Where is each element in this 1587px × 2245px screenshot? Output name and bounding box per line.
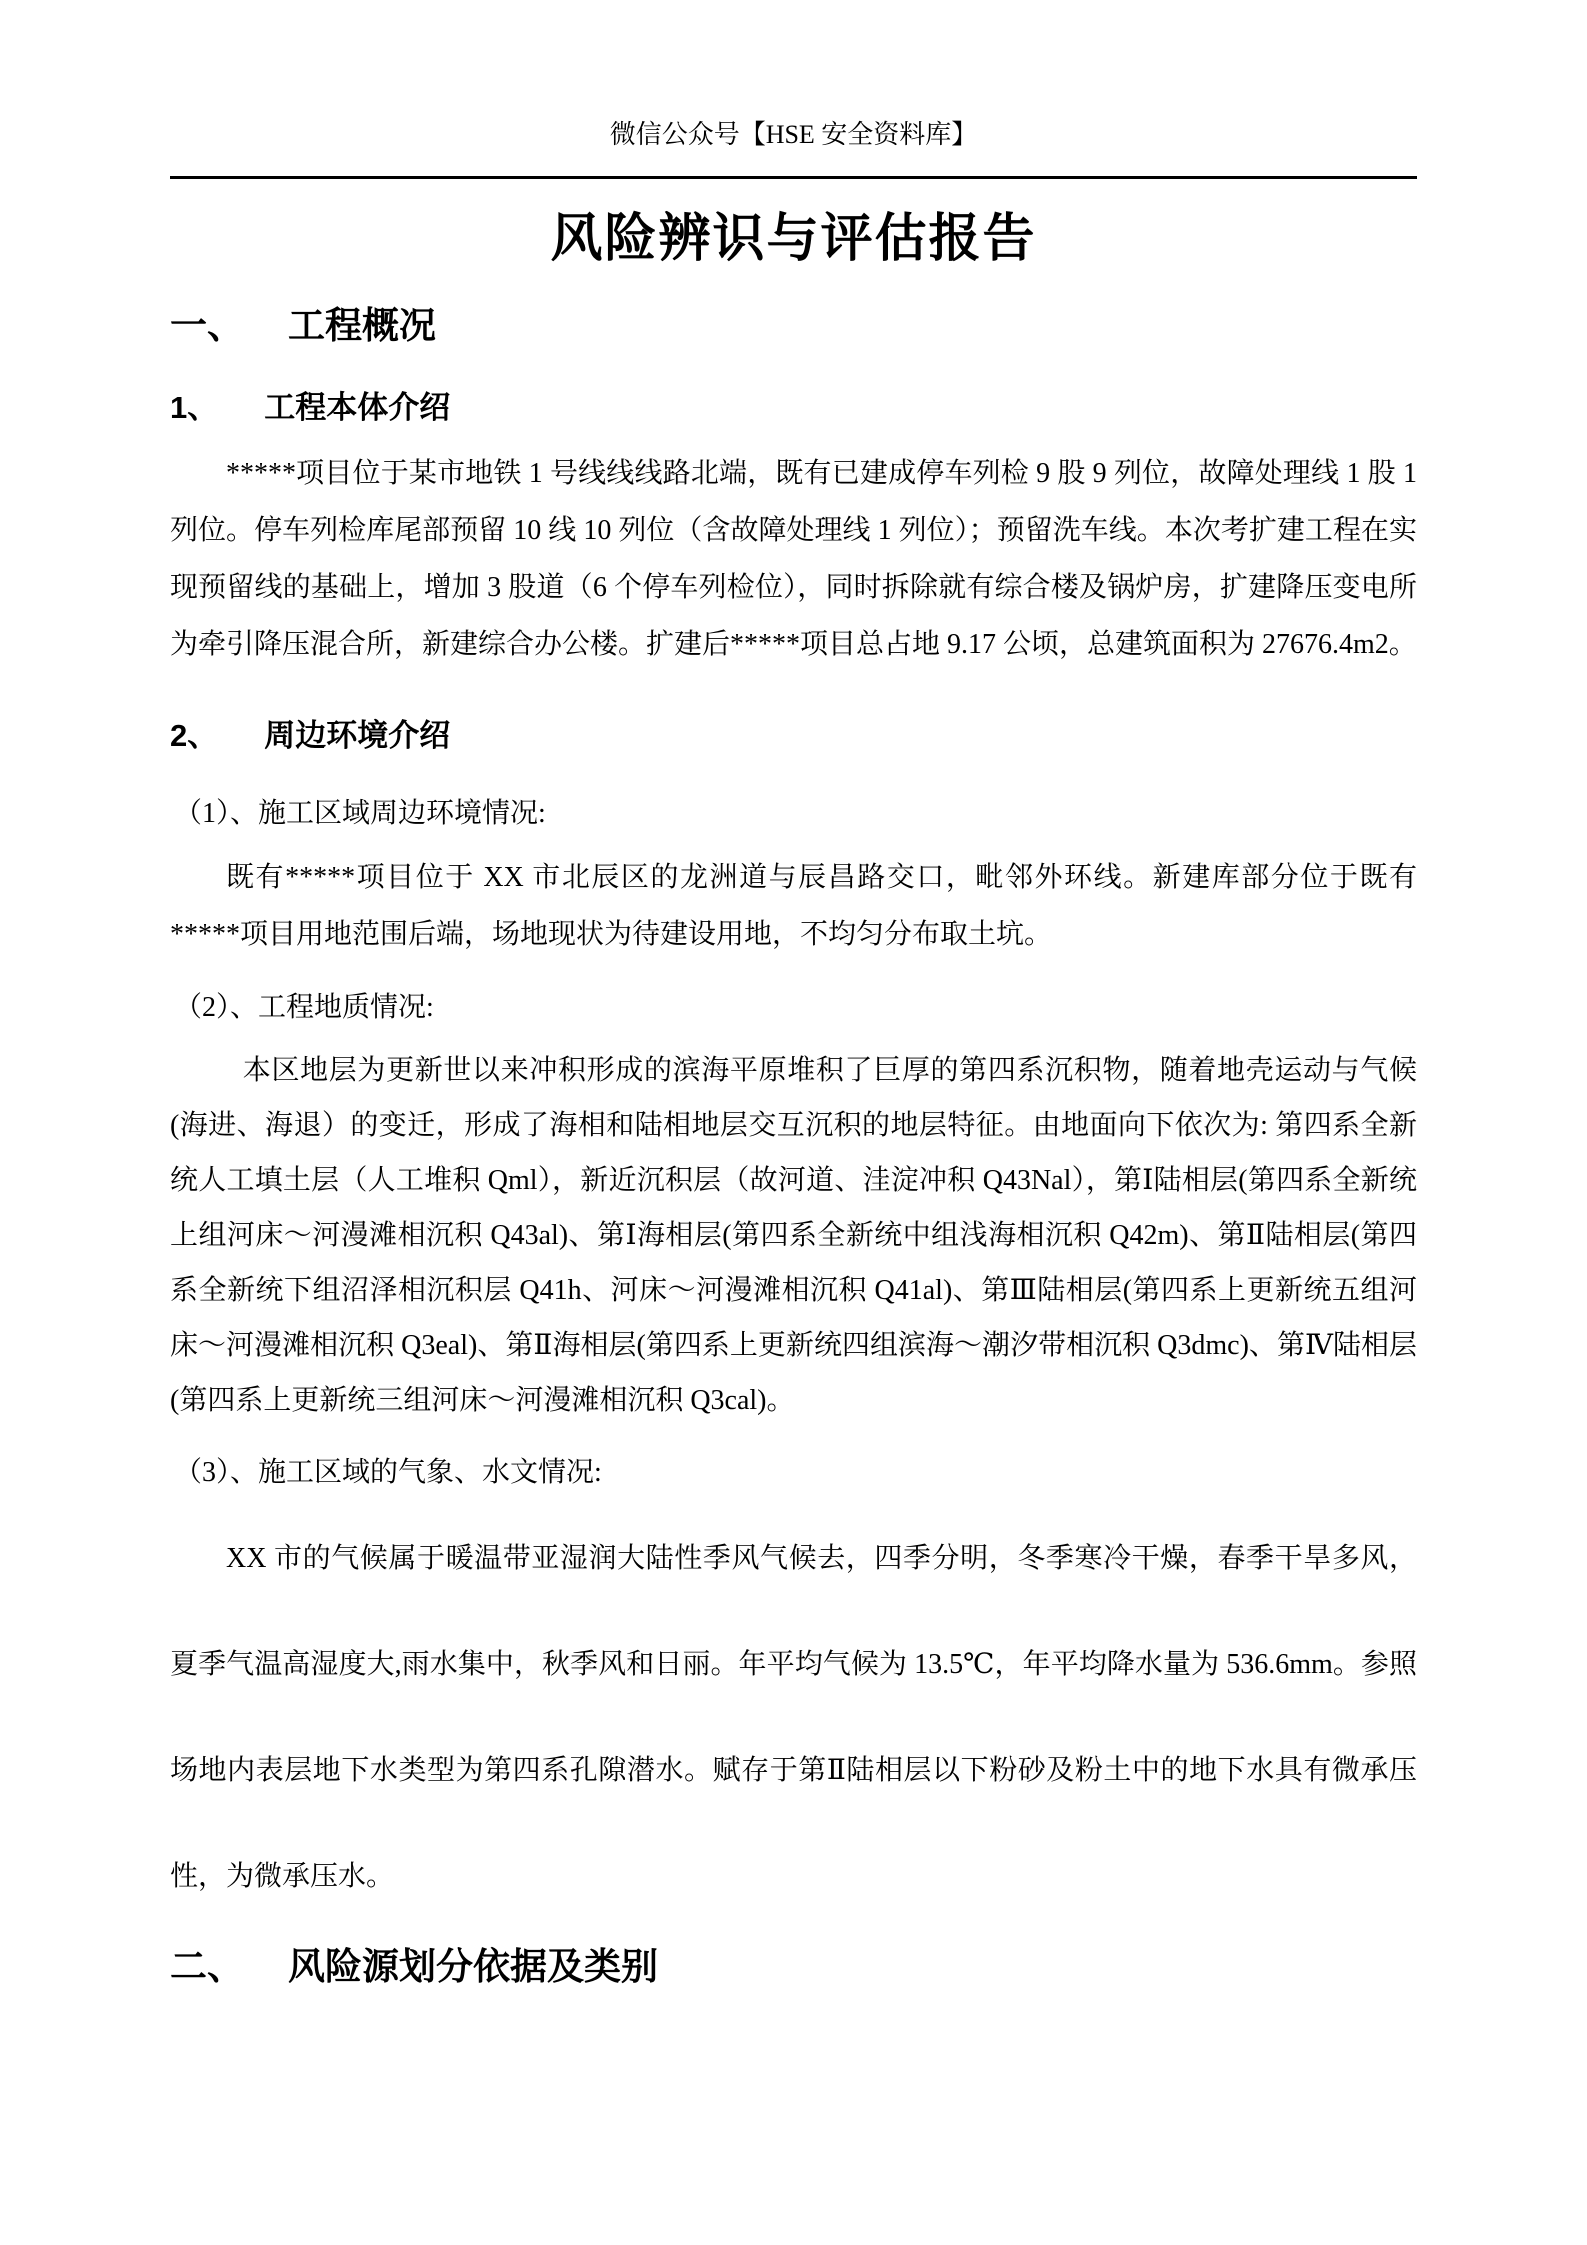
section-heading-risk-sources: 二、风险源划分依据及类别 bbox=[170, 1944, 1417, 1992]
section-number: 一、 bbox=[170, 303, 244, 351]
page-header: 微信公众号【HSE 安全资料库】 bbox=[170, 118, 1417, 179]
paragraph-environment: 既有*****项目位于 XX 市北辰区的龙洲道与辰昌路交口，毗邻外环线。新建库部… bbox=[170, 849, 1417, 963]
document-page: 微信公众号【HSE 安全资料库】 风险辨识与评估报告 一、工程概况 1、工程本体… bbox=[0, 0, 1587, 2245]
header-watermark-text: 微信公众号【HSE 安全资料库】 bbox=[610, 120, 978, 149]
list-item-label-weather: （3）、施工区域的气象、水文情况: bbox=[170, 1454, 1417, 1492]
list-item-label-geology: （2）、工程地质情况: bbox=[170, 989, 1417, 1027]
list-item-label-environment: （1）、施工区域周边环境情况: bbox=[170, 795, 1417, 833]
subsection-number: 2、 bbox=[170, 715, 218, 757]
subsection-title-text: 周边环境介绍 bbox=[264, 718, 450, 753]
section-heading-project-overview: 一、工程概况 bbox=[170, 303, 1417, 351]
paragraph-weather-hydrology: XX 市的气候属于暖温带亚湿润大陆性季风气候去，四季分明，冬季寒冷干燥，春季干旱… bbox=[170, 1506, 1417, 1930]
section-title-text: 工程概况 bbox=[288, 306, 436, 347]
subsection-number: 1、 bbox=[170, 387, 218, 429]
subsection-heading-project-body: 1、工程本体介绍 bbox=[170, 387, 1417, 429]
paragraph-geology: 本区地层为更新世以来冲积形成的滨海平原堆积了巨厚的第四系沉积物，随着地壳运动与气… bbox=[170, 1043, 1417, 1428]
section-title-text: 风险源划分依据及类别 bbox=[288, 1947, 658, 1988]
subsection-title-text: 工程本体介绍 bbox=[264, 390, 450, 425]
document-title: 风险辨识与评估报告 bbox=[170, 207, 1417, 273]
section-number: 二、 bbox=[170, 1944, 244, 1992]
paragraph-project-intro: *****项目位于某市地铁 1 号线线线路北端，既有已建成停车列检 9 股 9 … bbox=[170, 445, 1417, 673]
subsection-heading-surroundings: 2、周边环境介绍 bbox=[170, 715, 1417, 757]
